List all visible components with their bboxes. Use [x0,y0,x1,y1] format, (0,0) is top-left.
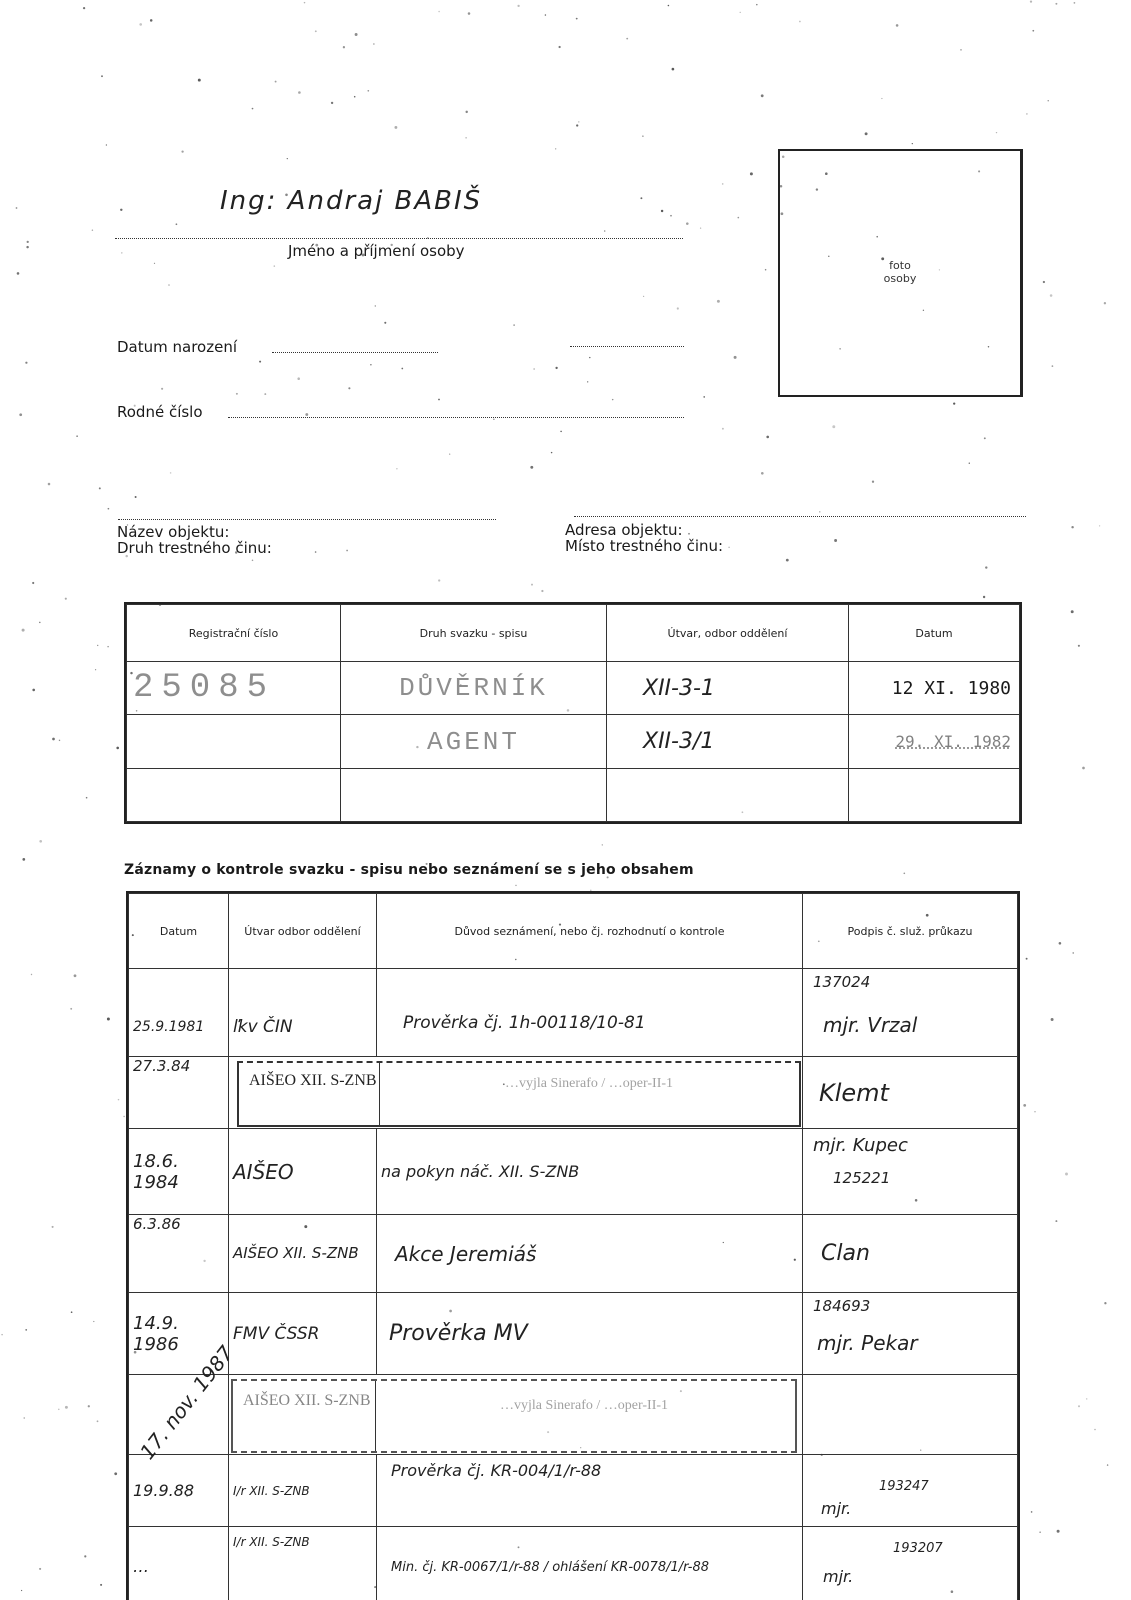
header-signature: Podpis č. služ. průkazu [803,894,1018,969]
record-service-id: 137024 [813,973,870,991]
birth-number-field [228,417,684,418]
birth-date-field [272,352,438,353]
record-signature: Clan [807,1241,870,1266]
unit: XII-3/1 [607,729,714,754]
record-reason: Prověrka čj. 1h-00118/10-81 [381,1013,646,1033]
record-date: 18.6. 1984 [133,1151,179,1193]
photo-box: foto osoby [778,149,1023,397]
record-unit: ľkv ČIN [233,1017,293,1037]
records-row: 19.9.88 I/r XII. S-ZNB Prověrka čj. KR-0… [129,1455,1018,1527]
registration-row: 25085 DŮVĚRNÍK XII-3-1 12 XI. 1980 [127,662,1020,715]
registration-row [127,768,1020,821]
record-date: … [133,1557,149,1576]
header-reason: Důvod seznámení, nebo čj. rozhodnutí o k… [377,894,803,969]
crime-place-label: Místo trestného činu: [565,537,723,555]
record-signature: mjr. Vrzal [823,1013,917,1037]
record-reason: Akce Jeremiáš [381,1242,536,1266]
record-reason: Min. čj. KR-0067/1/r-88 / ohlášení KR-00… [381,1560,709,1575]
reg-number: 25085 [127,669,275,707]
record-unit: I/r XII. S-ZNB [233,1484,310,1498]
record-unit: FMV ČSSR [233,1324,319,1344]
registration-table: Registrační číslo Druh svazku - spisu Út… [124,602,1022,824]
stamp-unit: AIŠEO XII. S-ZNB [233,1389,373,1413]
record-signature: mjr. Pekar [817,1331,918,1355]
records-row: 18.6. 1984 AIŠEO na pokyn náč. XII. S-ZN… [129,1129,1018,1215]
registration-row: AGENT XII-3/1 29. XI. 1982 [127,715,1020,768]
record-unit: AIŠEO [233,1160,294,1184]
birth-place-field [570,346,684,347]
record-reason: Prověrka MV [381,1321,528,1346]
header-file-type: Druh svazku - spisu [341,605,607,662]
record-date: 27.3.84 [133,1057,190,1075]
record-reason: Prověrka čj. KR-004/1/r-88 [381,1461,601,1480]
record-service-id: 184693 [813,1297,870,1315]
file-type: DŮVĚRNÍK [399,673,548,703]
record-date: 25.9.1981 [133,1019,204,1035]
stamp-text: …vyjla Sinerafo / …oper-II-1 [383,1395,785,1417]
file-type: AGENT [427,727,520,757]
crime-type-label: Druh trestného činu: [117,539,272,557]
record-date: 14.9. 1986 [133,1313,179,1355]
name-label: Jméno a příjmení osoby [288,242,465,260]
record-date: 6.3.86 [133,1215,181,1233]
object-name-dotted-line [118,519,496,520]
date: 12 XI. 1980 [892,678,1011,699]
record-signature: mjr. Kupec [813,1135,908,1156]
records-row: 17. nov. 1987 AIŠEO XII. S-ZNB …vyjla Si… [129,1375,1018,1455]
header-unit: Útvar odbor oddělení [229,894,377,969]
registration-header-row: Registrační číslo Druh svazku - spisu Út… [127,605,1020,662]
records-row: 6.3.86 AIŠEO XII. S-ZNB Akce Jeremiáš Cl… [129,1215,1018,1293]
header-date: Datum [129,894,229,969]
record-signature: Klemt [807,1079,889,1107]
records-row: 25.9.1981 ľkv ČIN Prověrka čj. 1h-00118/… [129,969,1018,1057]
records-header-row: Datum Útvar odbor oddělení Důvod seznáme… [129,894,1018,969]
record-reason: na pokyn náč. XII. S-ZNB [381,1162,579,1181]
name-dotted-line [115,238,683,239]
unit: XII-3-1 [607,676,715,701]
stamp-box: AIŠEO XII. S-ZNB …vyjla Sinerafo / …oper… [231,1379,797,1453]
photo-caption-2: osoby [780,272,1020,285]
header-unit: Útvar, odbor oddělení [607,605,849,662]
records-row: … I/r XII. S-ZNB Min. čj. KR-0067/1/r-88… [129,1527,1018,1600]
record-unit: I/r XII. S-ZNB [233,1535,310,1549]
record-service-id: 125221 [833,1169,890,1187]
record-date: 19.9.88 [133,1481,194,1500]
stamp-box: AIŠEO XII. S-ZNB …vyjla Sinerafo / …oper… [237,1061,801,1127]
record-signature: mjr. [823,1567,853,1586]
records-title: Záznamy o kontrole svazku - spisu nebo s… [124,862,694,878]
record-service-id: 193207 [893,1541,943,1556]
birth-number-label: Rodné číslo [117,403,203,421]
record-service-id: 193247 [879,1479,929,1494]
stamp-unit: AIŠEO XII. S-ZNB [239,1069,379,1093]
person-name-handwritten: Ing: Andraj BABIŠ [220,186,482,216]
records-table: Datum Útvar odbor oddělení Důvod seznáme… [126,891,1020,1600]
header-date: Datum [849,605,1020,662]
birth-date-label: Datum narození [117,338,237,356]
date: 29. XI. 1982 [895,732,1011,751]
stamp-text: …vyjla Sinerafo / …oper-II-1 [389,1073,789,1095]
photo-caption-1: foto [780,259,1020,272]
records-row: 14.9. 1986 FMV ČSSR Prověrka MV 184693 m… [129,1293,1018,1375]
header-reg-number: Registrační číslo [127,605,341,662]
record-signature: mjr. [821,1499,851,1518]
records-row: 27.3.84 AIŠEO XII. S-ZNB …vyjla Sinerafo… [129,1057,1018,1129]
record-unit: AIŠEO XII. S-ZNB [233,1244,359,1262]
object-address-dotted-line [574,516,1026,517]
